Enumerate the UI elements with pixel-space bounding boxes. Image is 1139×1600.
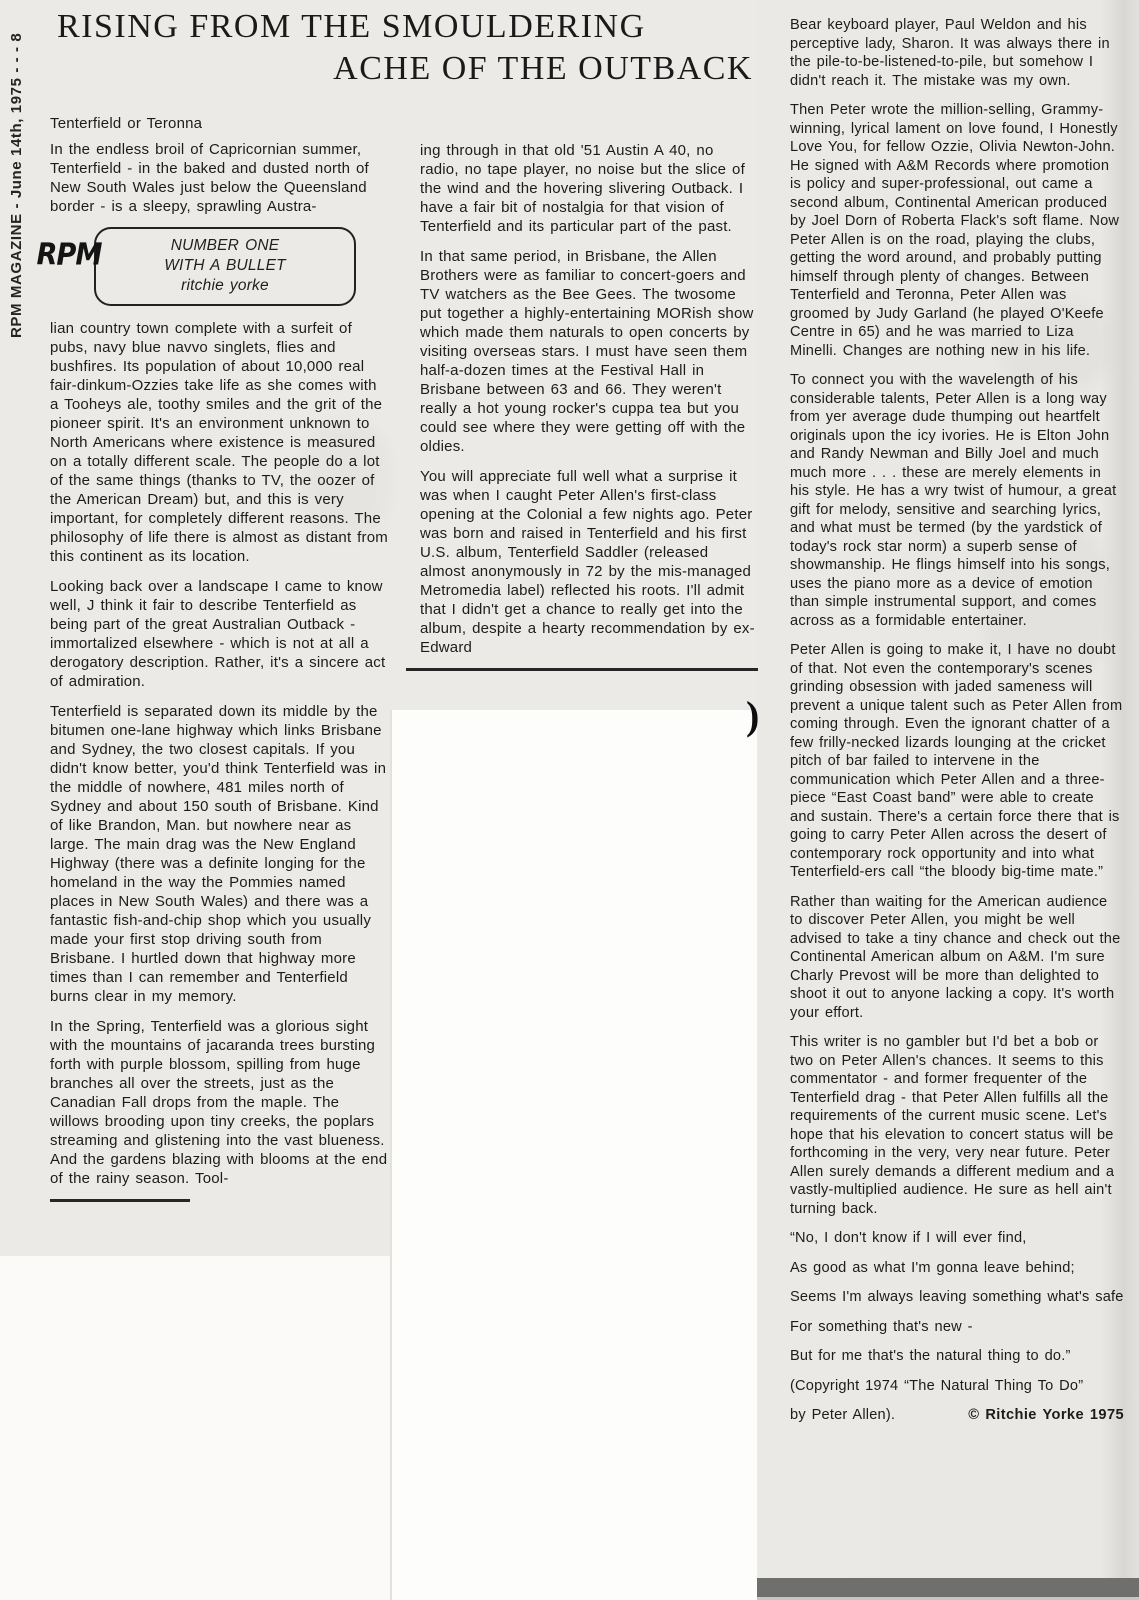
- rpm-logo: RPM: [36, 243, 101, 267]
- paragraph: lian country town complete with a surfei…: [50, 319, 390, 566]
- poem-line: As good as what I'm gonna leave behind;: [790, 1259, 1124, 1278]
- badge-byline: ritchie yorke: [106, 276, 344, 296]
- badge-line-1: NUMBER ONE: [106, 236, 344, 256]
- paragraph: Then Peter wrote the million-selling, Gr…: [790, 101, 1124, 360]
- column-1: Tenterfield or Teronna In the endless br…: [50, 114, 390, 1202]
- ink-mark: ): [746, 696, 759, 736]
- column-end-rule: [50, 1199, 190, 1202]
- poem-line: For something that's new -: [790, 1318, 1124, 1337]
- article-headline: RISING FROM THE SMOULDERING ACHE OF THE …: [57, 8, 753, 88]
- scan-edge-bar: [757, 1578, 1139, 1597]
- paragraph: You will appreciate full well what a sur…: [420, 467, 757, 657]
- column-2: ing through in that old '51 Austin A 40,…: [420, 141, 757, 671]
- song-quote: “No, I don't know if I will ever find, A…: [790, 1229, 1124, 1425]
- song-credit: by Peter Allen).: [790, 1406, 895, 1425]
- blank-area-middle: [392, 710, 757, 1600]
- credit-row: by Peter Allen). © Ritchie Yorke 1975: [790, 1406, 1124, 1425]
- paragraph: To connect you with the wavelength of hi…: [790, 371, 1124, 630]
- paragraph: In the endless broil of Capricornian sum…: [50, 140, 390, 216]
- poem-line: Seems I'm always leaving something what'…: [790, 1288, 1124, 1307]
- byline-badge: RPM NUMBER ONE WITH A BULLET ritchie yor…: [94, 227, 356, 306]
- poem-line: But for me that's the natural thing to d…: [790, 1347, 1124, 1366]
- paragraph: Looking back over a landscape I came to …: [50, 577, 390, 691]
- paragraph: Tenterfield is separated down its middle…: [50, 702, 390, 1006]
- poem-line: (Copyright 1974 “The Natural Thing To Do…: [790, 1377, 1124, 1396]
- paragraph: ing through in that old '51 Austin A 40,…: [420, 141, 757, 236]
- paragraph: Bear keyboard player, Paul Weldon and hi…: [790, 16, 1124, 90]
- column-end-rule: [406, 668, 758, 671]
- column-3: Bear keyboard player, Paul Weldon and hi…: [790, 16, 1124, 1425]
- headline-line-1: RISING FROM THE SMOULDERING: [57, 8, 753, 46]
- poem-line: “No, I don't know if I will ever find,: [790, 1229, 1124, 1248]
- author-copyright: © Ritchie Yorke 1975: [968, 1406, 1124, 1425]
- paragraph: In that same period, in Brisbane, the Al…: [420, 247, 757, 456]
- standfirst: Tenterfield or Teronna: [50, 114, 390, 133]
- paragraph: In the Spring, Tenterfield was a gloriou…: [50, 1017, 390, 1188]
- paragraph: Rather than waiting for the American aud…: [790, 893, 1124, 1023]
- paragraph: Peter Allen is going to make it, I have …: [790, 641, 1124, 882]
- badge-line-2: WITH A BULLET: [106, 256, 344, 276]
- magazine-edition-vertical-text: RPM MAGAZINE - June 14th, 1975 - - - 8: [8, 8, 25, 338]
- paragraph: This writer is no gambler but I'd bet a …: [790, 1033, 1124, 1218]
- headline-line-2: ACHE OF THE OUTBACK: [57, 50, 753, 88]
- magazine-page: RPM MAGAZINE - June 14th, 1975 - - - 8 R…: [0, 0, 1139, 1600]
